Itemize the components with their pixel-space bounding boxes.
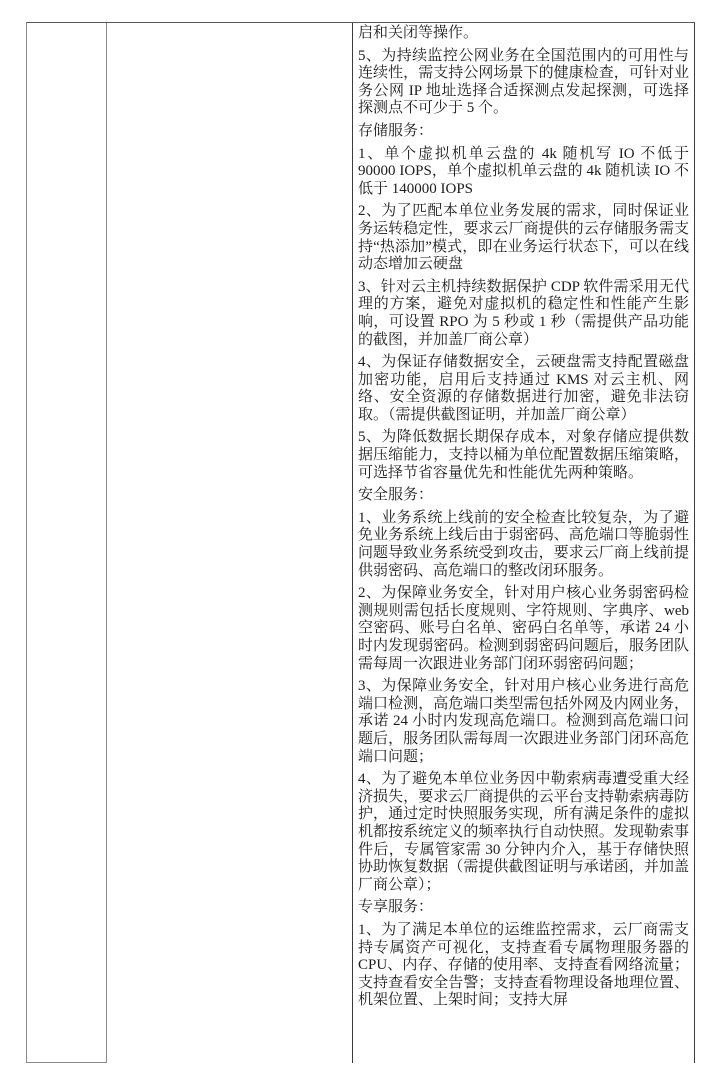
paragraph-storage-item-2: 2、为了匹配本单位业务发展的需求，同时保证业务运转稳定性，要求云厂商提供的云存储… (358, 203, 689, 273)
paragraph-storage-item-1: 1、单个虚拟机单云盘的 4k 随机写 IO 不低于 90000 IOPS，单个虚… (358, 146, 689, 199)
paragraph-security-item-1: 1、业务系统上线前的安全检查比较复杂，为了避免业务系统上线后由于弱密码、高危端口… (358, 510, 689, 580)
paragraph-storage-item-5: 5、为降低数据长期保存成本，对象存储应提供数据压缩能力，支持以桶为单位配置数据压… (358, 429, 689, 482)
paragraph-continuation: 启和关闭等操作。 (358, 25, 689, 43)
paragraph-security-item-2: 2、为保障业务安全，针对用户核心业务弱密码检测规则需包括长度规则、字符规则、字典… (358, 585, 689, 673)
section-heading-exclusive-services: 专享服务： (358, 899, 689, 917)
requirements-table: 启和关闭等操作。 5、为持续监控公网业务在全国范围内的可用性与连续性，需支持公网… (26, 22, 695, 1063)
document-page: 启和关闭等操作。 5、为持续监控公网业务在全国范围内的可用性与连续性，需支持公网… (0, 0, 706, 1078)
section-heading-security-services: 安全服务： (358, 487, 689, 505)
paragraph-storage-item-4: 4、为保证存储数据安全，云硬盘需支持配置磁盘加密功能，启用后支持通过 KMS 对… (358, 354, 689, 424)
table-column-left-empty (27, 23, 107, 1063)
section-heading-storage-services: 存储服务： (358, 123, 689, 141)
paragraph-exclusive-item-1: 1、为了满足本单位的运维监控需求，云厂商需支持专属资产可视化，支持查看专属物理服… (358, 922, 689, 1010)
paragraph-storage-item-3: 3、针对云主机持续数据保护 CDP 软件需采用无代理的方案，避免对虚拟机的稳定性… (358, 279, 689, 349)
requirements-text-cell: 启和关闭等操作。 5、为持续监控公网业务在全国范围内的可用性与连续性，需支持公网… (353, 23, 695, 1063)
table-column-middle-empty (107, 23, 353, 1063)
paragraph-network-item-5: 5、为持续监控公网业务在全国范围内的可用性与连续性，需支持公网场景下的健康检查，… (358, 48, 689, 118)
paragraph-security-item-4: 4、为了避免本单位业务因中勒索病毒遭受重大经济损失，要求云厂商提供的云平台支持勒… (358, 771, 689, 894)
paragraph-security-item-3: 3、为保障业务安全，针对用户核心业务进行高危端口检测，高危端口类型需包括外网及内… (358, 678, 689, 766)
